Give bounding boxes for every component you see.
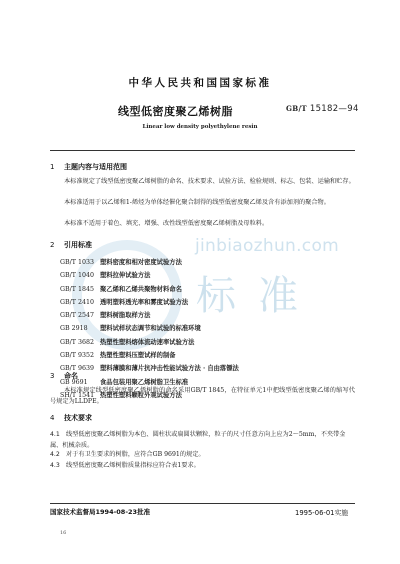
header-divider (50, 150, 355, 151)
page-number: 16 (60, 530, 66, 536)
section-1-paragraph-2: 本标准适用于以乙烯和1-烯烃为单体经催化聚合制得的线型低密度聚乙烯及含有添加剂的… (50, 198, 355, 209)
reference-item: GB/T 3682热塑性塑料熔体流动速率试验方法 (60, 336, 320, 349)
watermark-site-text: jinbiaozhun.com (195, 236, 339, 256)
standard-code-prefix: GB/T (286, 104, 307, 113)
section-3-paragraph: 本标准规定线型低密度聚乙烯树脂的命名采用GB/T 1845，在特征单元1中把线型… (50, 386, 355, 407)
reference-list: GB/T 1033塑料密度和相对密度试验方法 GB/T 1040塑料拉伸试验方法… (60, 256, 320, 402)
reference-item: GB/T 1033塑料密度和相对密度试验方法 (60, 256, 320, 269)
standard-code: GB/T 15182—94 (286, 104, 359, 114)
section-2-heading: 2引用标准 (50, 240, 92, 250)
section-4-heading: 4技术要求 (50, 413, 92, 423)
clause-4-1: 4.1线型低密度聚乙烯树脂为本色、圆柱状或扁圆状颗粒，粒子的尺寸任意方向上应为2… (50, 430, 355, 451)
reference-item: GB/T 2410透明塑料透光率和雾度试验方法 (60, 296, 320, 309)
reference-item: GB/T 1040塑料拉伸试验方法 (60, 269, 320, 282)
reference-item: GB/T 9639塑料薄膜和薄片抗冲击性能试验方法 · 自由落镖法 (60, 362, 320, 375)
document-title: 线型低密度聚乙烯树脂 (118, 103, 233, 119)
approval-date: 国家技术监督局1994-08-23批准 (50, 507, 150, 516)
effective-date: 1995-06-01实施 (295, 507, 348, 517)
reference-item: GB/T 9352热塑性塑料压塑试样的制备 (60, 349, 320, 362)
standard-code-number: 15182—94 (310, 104, 359, 114)
national-standard-label: 中华人民共和国国家标准 (0, 75, 400, 90)
section-1-heading: 1主题内容与适用范围 (50, 162, 127, 172)
reference-item: GB/T 1845聚乙烯和乙烯共聚物材料命名 (60, 283, 320, 296)
clause-4-3: 4.3线型低密度聚乙烯树脂质量指标应符合表1要求。 (50, 461, 355, 472)
clause-4-2: 4.2对于有卫生要求的树脂，应符合GB 9691的规定。 (50, 450, 355, 461)
reference-item: GB 2918塑料试样状态调节和试验的标准环境 (60, 322, 320, 335)
footer-divider (50, 503, 355, 504)
section-1-paragraph-1: 本标准规定了线型低密度聚乙烯树脂的命名、技术要求、试验方法、检验规则、标志、包装… (50, 177, 355, 188)
english-title: Linear low density polyethylene resin (0, 124, 400, 130)
section-3-heading: 3命名 (50, 371, 78, 381)
reference-item: GB/T 2547塑料树脂取样方法 (60, 309, 320, 322)
section-1-paragraph-3: 本标准不适用于着色、填充、增强、改性线型低密度聚乙烯树脂及母粒料。 (50, 219, 355, 230)
